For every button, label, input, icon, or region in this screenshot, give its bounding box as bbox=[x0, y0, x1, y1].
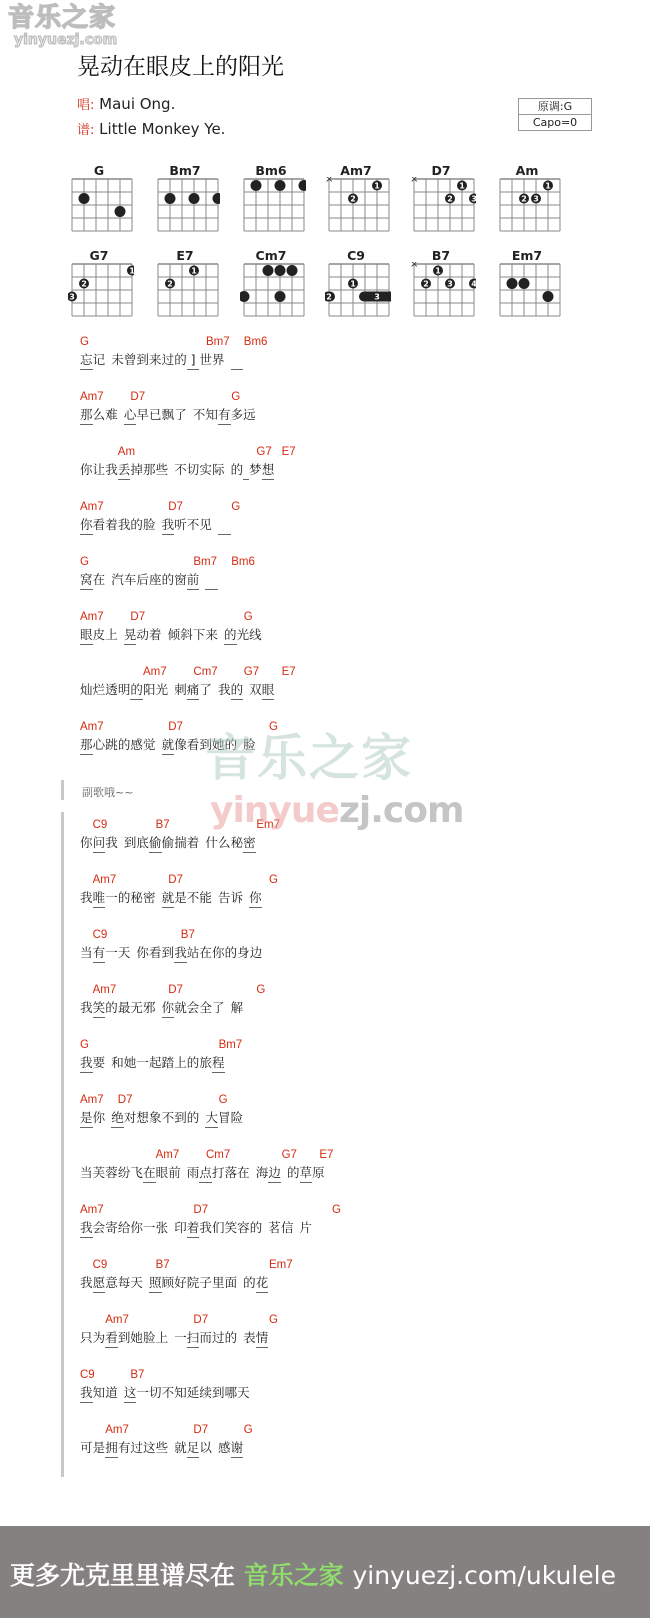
chord-label: G7 bbox=[244, 666, 259, 678]
fretboard-grid: ×123 bbox=[410, 177, 476, 233]
finger-dot-icon bbox=[240, 291, 250, 302]
lyric-text: 那么难 心早已飘了 不知有多远 bbox=[80, 406, 256, 425]
chord-label: Bm6 bbox=[231, 556, 255, 568]
singer-label: 唱: bbox=[77, 98, 94, 113]
chord-row: C9B7 bbox=[80, 929, 600, 943]
chord-label: E7 bbox=[319, 1149, 333, 1161]
lyric-text: 是你 绝对想象不到的 大冒险 bbox=[80, 1109, 243, 1128]
finger-dot-icon bbox=[263, 265, 274, 276]
svg-text:1: 1 bbox=[545, 182, 551, 191]
svg-text:3: 3 bbox=[447, 280, 453, 289]
lyric-text: 窝在 汽车后座的窗前 bbox=[80, 571, 218, 590]
lyric-text: 你让我丢掉那些 不切实际 的 梦想 bbox=[80, 461, 274, 480]
logo-cn: 音乐之家 bbox=[8, 4, 148, 32]
chord-label: C9 bbox=[93, 929, 108, 941]
chord-label: D7 bbox=[193, 1204, 208, 1216]
mute-x-icon: × bbox=[410, 262, 418, 270]
finger-dot-icon bbox=[299, 180, 307, 191]
chord-label: Bm7 bbox=[219, 1039, 243, 1051]
footer-brand: 音乐之家 bbox=[244, 1561, 344, 1590]
chord-label: Am7 bbox=[80, 611, 104, 623]
chord-name: D7 bbox=[410, 163, 472, 178]
finger-dot-icon bbox=[543, 291, 554, 302]
finger-dot-icon bbox=[115, 206, 126, 217]
lyric-text: 我唯一的秘密 就是不能 告诉 你 bbox=[80, 889, 262, 908]
logo-en: yinyuezj.com bbox=[14, 32, 148, 48]
mute-x-icon: × bbox=[410, 177, 418, 185]
lyric-text: 只为看到她脸上 一扫而过的 表情 bbox=[80, 1329, 268, 1348]
finger-dot-icon bbox=[519, 278, 530, 289]
watermark-en-b: zj.com bbox=[339, 790, 464, 831]
footer-url[interactable]: yinyuezj.com/ukulele bbox=[352, 1561, 616, 1590]
chord-name: Em7 bbox=[496, 248, 558, 263]
chord-label: E7 bbox=[282, 446, 296, 458]
chord-row: Am7D7G bbox=[80, 874, 600, 888]
lyric-line: GBm7我要 和她一起踏上的旅程 bbox=[80, 1039, 600, 1075]
fretboard-grid: 123 bbox=[496, 177, 562, 233]
fretboard-grid: ×1234 bbox=[410, 262, 476, 318]
chord-row: Am7D7G bbox=[80, 984, 600, 998]
lyric-line: Am7D7G眼皮上 晃动着 倾斜下来 的光线 bbox=[80, 611, 600, 647]
chord-label: D7 bbox=[193, 1424, 208, 1436]
svg-text:3: 3 bbox=[374, 293, 380, 302]
chord-row: Am7D7G bbox=[80, 501, 600, 515]
chord-label: G bbox=[244, 1424, 253, 1436]
lyric-text: 可是拥有过这些 就足以 感谢 bbox=[80, 1439, 243, 1458]
watermark-en-a: yinyue bbox=[210, 790, 339, 831]
tab-author-name: Little Monkey Ye. bbox=[99, 120, 225, 138]
fretboard-grid: 123 bbox=[68, 262, 134, 318]
footer-text: 更多尤克里里谱尽在 音乐之家 yinyuezj.com/ukulele bbox=[10, 1556, 616, 1592]
lyric-line: GBm7Bm6忘记 未曾到来过的]世界 bbox=[80, 336, 600, 372]
chord-label: Am7 bbox=[80, 721, 104, 733]
fretboard-grid bbox=[496, 262, 562, 318]
lyric-text: 忘记 未曾到来过的]世界 bbox=[80, 351, 243, 370]
svg-text:1: 1 bbox=[435, 267, 441, 276]
chord-label: G7 bbox=[282, 1149, 297, 1161]
finger-dot-icon bbox=[275, 291, 286, 302]
chord-label: G bbox=[231, 391, 240, 403]
svg-text:1: 1 bbox=[459, 182, 465, 191]
svg-text:1: 1 bbox=[129, 267, 134, 276]
watermark-cn: 音乐之家 bbox=[205, 718, 413, 790]
watermark-cn-text: 音乐之家 bbox=[205, 729, 413, 787]
chord-name: Bm7 bbox=[154, 163, 216, 178]
chorus-section-bar bbox=[61, 812, 64, 1477]
chord-label: G bbox=[80, 336, 89, 348]
chord-label: Am7 bbox=[93, 874, 117, 886]
lyric-line: Am7D7G我笑的最无邪 你就会全了 解 bbox=[80, 984, 600, 1020]
svg-text:3: 3 bbox=[69, 293, 75, 302]
lyric-text: 我知道 这一切不知延续到哪天 bbox=[80, 1384, 250, 1403]
chord-label: D7 bbox=[118, 1094, 133, 1106]
lyric-line: Am7D7G那么难 心早已飘了 不知有多远 bbox=[80, 391, 600, 427]
svg-text:4: 4 bbox=[471, 280, 476, 289]
chord-label: G bbox=[269, 874, 278, 886]
lyric-text: 你看着我的脸 我听不见 bbox=[80, 516, 231, 535]
svg-text:2: 2 bbox=[521, 195, 527, 204]
tab-author-row: 谱: Little Monkey Ye. bbox=[77, 119, 225, 138]
site-logo[interactable]: 音乐之家 yinyuezj.com bbox=[8, 4, 148, 54]
mute-x-icon: × bbox=[325, 177, 333, 185]
chord-row: Am7Cm7G7E7 bbox=[80, 1149, 600, 1163]
chord-row: Am7D7G bbox=[80, 1204, 600, 1218]
chord-label: G bbox=[80, 556, 89, 568]
chord-label: B7 bbox=[156, 819, 170, 831]
chord-label: B7 bbox=[156, 1259, 170, 1271]
chord-name: B7 bbox=[410, 248, 472, 263]
original-key: 原调:G bbox=[519, 99, 591, 114]
chord-label: D7 bbox=[168, 721, 183, 733]
chord-row: Am7D7G bbox=[80, 1094, 600, 1108]
chorus-label-bar bbox=[61, 780, 64, 800]
chord-row: Am7D7G bbox=[80, 1424, 600, 1438]
chord-label: Am7 bbox=[93, 984, 117, 996]
chord-label: Am7 bbox=[143, 666, 167, 678]
chord-label: Am7 bbox=[80, 501, 104, 513]
lyric-line: C9B7Em7我愿意每天 照顾好院子里面 的花 bbox=[80, 1259, 600, 1295]
chord-label: D7 bbox=[193, 1314, 208, 1326]
svg-text:2: 2 bbox=[350, 195, 356, 204]
lyric-line: AmG7E7你让我丢掉那些 不切实际 的 梦想 bbox=[80, 446, 600, 482]
finger-dot-icon bbox=[275, 265, 286, 276]
chord-label: Am7 bbox=[156, 1149, 180, 1161]
chord-name: G bbox=[68, 163, 130, 178]
lyric-text: 我要 和她一起踏上的旅程 bbox=[80, 1054, 225, 1073]
chord-row: Am7D7G bbox=[80, 611, 600, 625]
chord-label: Em7 bbox=[269, 1259, 293, 1271]
svg-text:1: 1 bbox=[191, 267, 197, 276]
lyric-line: Am7D7G我会寄给你一张 印着我们笑容的 茗信 片 bbox=[80, 1204, 600, 1240]
finger-dot-icon bbox=[287, 265, 298, 276]
chord-row: GBm7 bbox=[80, 1039, 600, 1053]
chord-name: Cm7 bbox=[240, 248, 302, 263]
tab-author-label: 谱: bbox=[77, 123, 94, 138]
chord-label: Cm7 bbox=[206, 1149, 230, 1161]
song-title: 晃动在眼皮上的阳光 bbox=[77, 48, 284, 81]
chord-label: E7 bbox=[282, 666, 296, 678]
chord-name: Am bbox=[496, 163, 558, 178]
chord-label: D7 bbox=[168, 984, 183, 996]
singer-row: 唱: Maui Ong. bbox=[77, 94, 175, 113]
lyric-text: 灿烂透明的阳光 刺痛了 我的 双眼 bbox=[80, 681, 274, 700]
lyric-text: 眼皮上 晃动着 倾斜下来 的光线 bbox=[80, 626, 262, 645]
chord-name: Bm6 bbox=[240, 163, 302, 178]
chord-label: Am7 bbox=[105, 1424, 129, 1436]
chord-label: Am7 bbox=[80, 1094, 104, 1106]
lyric-text: 当芙蓉纷飞在眼前 雨点打落在 海边 的草原 bbox=[80, 1164, 325, 1183]
key-capo-box: 原调:G Capo=0 bbox=[518, 98, 592, 131]
chord-label: Bm7 bbox=[206, 336, 230, 348]
finger-dot-icon bbox=[213, 193, 221, 204]
chord-label: Am7 bbox=[80, 1204, 104, 1216]
chord-label: G bbox=[332, 1204, 341, 1216]
lyric-line: Am7D7G你看着我的脸 我听不见 bbox=[80, 501, 600, 537]
lyric-line: C9B7我知道 这一切不知延续到哪天 bbox=[80, 1369, 600, 1405]
capo-value: Capo=0 bbox=[519, 114, 591, 130]
chord-label: G bbox=[231, 501, 240, 513]
chord-row: AmG7E7 bbox=[80, 446, 600, 460]
chord-label: B7 bbox=[130, 1369, 144, 1381]
chord-label: C9 bbox=[93, 819, 108, 831]
chord-label: B7 bbox=[181, 929, 195, 941]
svg-text:3: 3 bbox=[471, 195, 476, 204]
chord-label: Bm6 bbox=[244, 336, 268, 348]
finger-dot-icon bbox=[507, 278, 518, 289]
chord-row: C9B7 bbox=[80, 1369, 600, 1383]
chord-name: Am7 bbox=[325, 163, 387, 178]
chord-row: Am7Cm7G7E7 bbox=[80, 666, 600, 680]
lyric-text: 当有一天 你看到我站在你的身边 bbox=[80, 944, 262, 963]
lyric-line: Am7Cm7G7E7灿烂透明的阳光 刺痛了 我的 双眼 bbox=[80, 666, 600, 702]
lyric-line: Am7D7G只为看到她脸上 一扫而过的 表情 bbox=[80, 1314, 600, 1350]
chord-label: C9 bbox=[93, 1259, 108, 1271]
lyric-line: Am7Cm7G7E7当芙蓉纷飞在眼前 雨点打落在 海边 的草原 bbox=[80, 1149, 600, 1185]
chord-label: D7 bbox=[130, 611, 145, 623]
footer-slogan: 更多尤克里里谱尽在 bbox=[10, 1561, 235, 1590]
chord-row: GBm7Bm6 bbox=[80, 336, 600, 350]
singer-name: Maui Ong. bbox=[99, 95, 175, 113]
fretboard-grid bbox=[154, 177, 220, 233]
finger-dot-icon bbox=[79, 193, 90, 204]
fretboard-grid: 231 bbox=[325, 262, 391, 318]
chord-label: Am7 bbox=[80, 391, 104, 403]
lyric-text: 我笑的最无邪 你就会全了 解 bbox=[80, 999, 243, 1018]
lyric-text: 你问我 到底偷偷揣着 什么秘密 bbox=[80, 834, 256, 853]
fretboard-grid: 12 bbox=[154, 262, 220, 318]
finger-dot-icon bbox=[165, 193, 176, 204]
finger-dot-icon bbox=[251, 180, 262, 191]
chord-name: E7 bbox=[154, 248, 216, 263]
chord-label: G bbox=[244, 611, 253, 623]
lyric-line: Am7D7G是你 绝对想象不到的 大冒险 bbox=[80, 1094, 600, 1130]
chord-label: C9 bbox=[80, 1369, 95, 1381]
chord-label: Bm7 bbox=[193, 556, 217, 568]
fretboard-grid bbox=[240, 177, 306, 233]
svg-text:2: 2 bbox=[447, 195, 453, 204]
chord-label: Am bbox=[118, 446, 135, 458]
chord-label: D7 bbox=[168, 501, 183, 513]
chord-row: GBm7Bm6 bbox=[80, 556, 600, 570]
lyric-line: Am7D7G我唯一的秘密 就是不能 告诉 你 bbox=[80, 874, 600, 910]
svg-text:1: 1 bbox=[350, 280, 356, 289]
chord-name: G7 bbox=[68, 248, 130, 263]
watermark-en: yinyuezj.com bbox=[210, 790, 464, 831]
chord-label: Am7 bbox=[105, 1314, 129, 1326]
lyric-line: Am7D7G可是拥有过这些 就足以 感谢 bbox=[80, 1424, 600, 1460]
chord-label: G bbox=[256, 984, 265, 996]
chord-label: D7 bbox=[168, 874, 183, 886]
lyric-text: 我会寄给你一张 印着我们笑容的 茗信 片 bbox=[80, 1219, 312, 1238]
chord-label: D7 bbox=[130, 391, 145, 403]
chorus-label: 副歌哦~~ bbox=[82, 784, 133, 800]
chord-label: G7 bbox=[256, 446, 271, 458]
finger-dot-icon bbox=[275, 180, 286, 191]
svg-text:2: 2 bbox=[423, 280, 429, 289]
footer-banner[interactable]: 更多尤克里里谱尽在 音乐之家 yinyuezj.com/ukulele bbox=[0, 1526, 650, 1618]
finger-dot-icon bbox=[189, 193, 200, 204]
fretboard-grid bbox=[240, 262, 306, 318]
svg-text:2: 2 bbox=[326, 293, 332, 302]
lyric-text: 我愿意每天 照顾好院子里面 的花 bbox=[80, 1274, 268, 1293]
lyric-line: C9B7当有一天 你看到我站在你的身边 bbox=[80, 929, 600, 965]
chord-label: Cm7 bbox=[193, 666, 217, 678]
chord-row: Am7D7G bbox=[80, 1314, 600, 1328]
fretboard-grid bbox=[68, 177, 134, 233]
svg-text:2: 2 bbox=[167, 280, 173, 289]
chord-row: C9B7Em7 bbox=[80, 1259, 600, 1273]
chord-row: Am7D7G bbox=[80, 391, 600, 405]
chord-label: G bbox=[80, 1039, 89, 1051]
lyric-line: GBm7Bm6窝在 汽车后座的窗前 bbox=[80, 556, 600, 592]
svg-text:1: 1 bbox=[374, 182, 380, 191]
chord-label: G bbox=[269, 1314, 278, 1326]
svg-text:3: 3 bbox=[533, 195, 539, 204]
svg-text:2: 2 bbox=[81, 280, 87, 289]
fretboard-grid: ×12 bbox=[325, 177, 391, 233]
chord-label: G bbox=[219, 1094, 228, 1106]
chord-name: C9 bbox=[325, 248, 387, 263]
